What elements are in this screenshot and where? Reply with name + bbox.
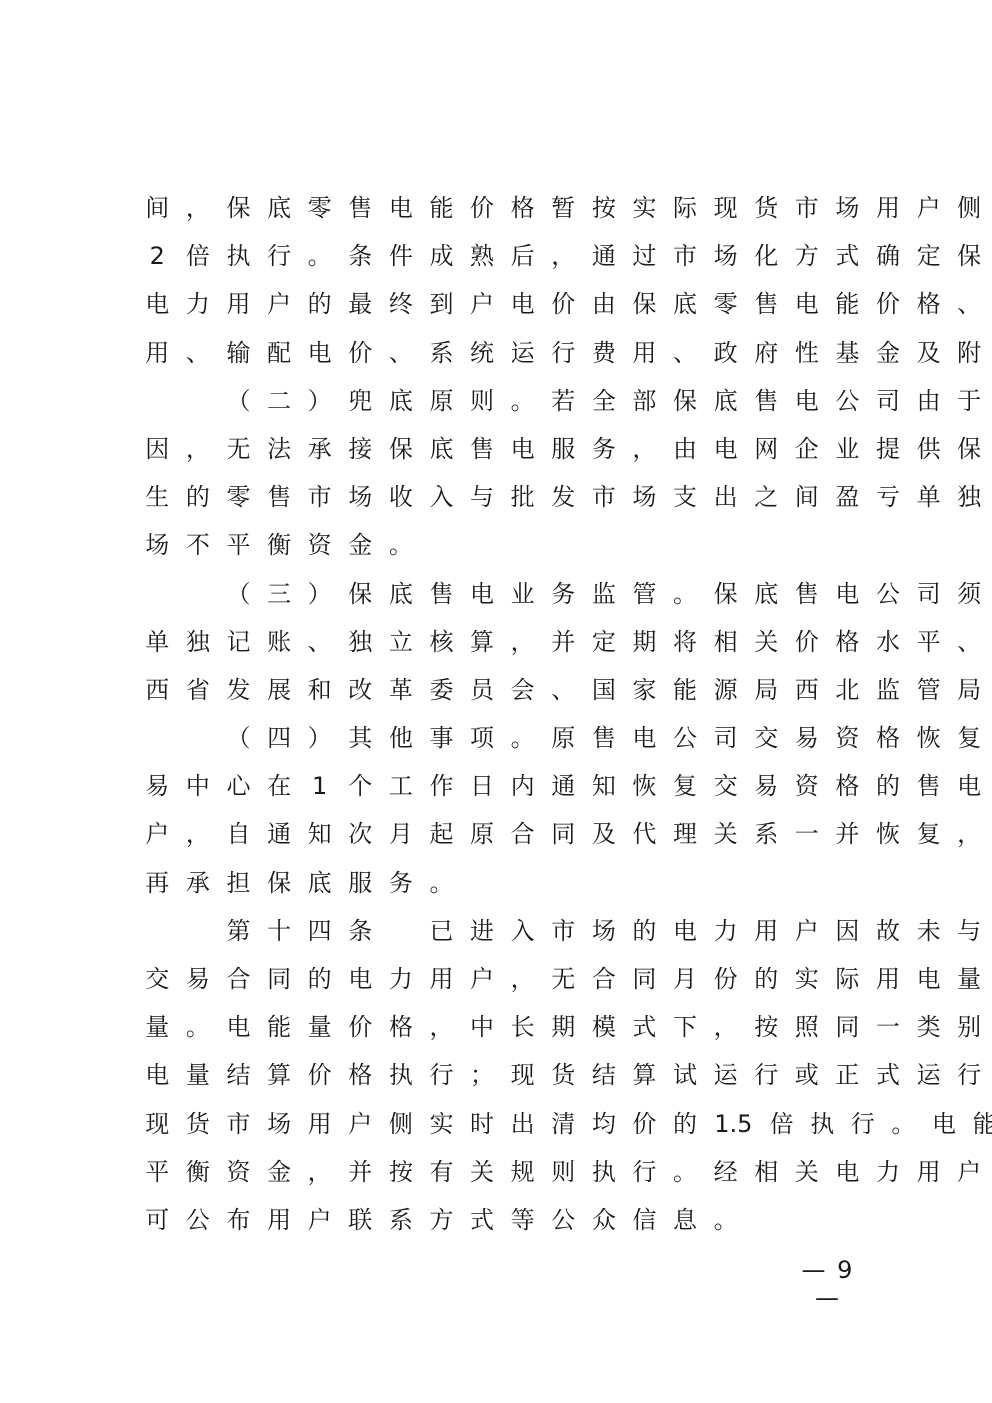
text-line: 因，无法承接保底售电服务，由电网企业提供保底售电服务，产 [137, 425, 871, 473]
text-line: 现货市场用户侧实时出清均价的1.5倍执行。电能量费用纳入不 [137, 1100, 871, 1148]
text-line: 第十四条 已进入市场的电力用户因故未与售电公司达成 [137, 907, 871, 955]
text-line: 量。电能量价格，中长期模式下，按照同一类别用户无合同超用 [137, 1003, 871, 1051]
text-line: 单独记账、独立核算，并定期将相关价格水平、盈亏情况上报陕 [137, 618, 871, 666]
text-line: 生的零售市场收入与批发市场支出之间盈亏单独核算，并纳入市 [137, 473, 871, 521]
text-line: 户，自通知次月起原合同及代理关系一并恢复，保底售电公司不 [137, 810, 871, 858]
body-text: 间，保底零售电能价格暂按实际现货市场用户侧实时出清均价的2倍执行。条件成熟后，通… [137, 184, 871, 1244]
text-line: 电力用户的最终到户电价由保底零售电能价格、上网环节线损费 [137, 280, 871, 328]
text-line: 西省发展和改革委员会、国家能源局西北监管局。 [137, 666, 871, 714]
text-line: 平衡资金，并按有关规则执行。经相关电力用户同意，交易中心 [137, 1148, 871, 1196]
document-page: 间，保底零售电能价格暂按实际现货市场用户侧实时出清均价的2倍执行。条件成熟后，通… [0, 0, 992, 1403]
text-line: （三）保底售电业务监管。保底售电公司须将保底售电业务 [137, 570, 871, 618]
text-line: 电量结算价格执行；现货结算试运行或正式运行期间，按照实际 [137, 1051, 871, 1099]
text-line: 再承担保底服务。 [137, 859, 871, 907]
text-line: 可公布用户联系方式等公众信息。 [137, 1196, 871, 1244]
text-line: 交易合同的电力用户，无合同月份的实际用电量全部视为超用电 [137, 955, 871, 1003]
text-line: 2倍执行。条件成熟后，通过市场化方式确定保底零售电能价格。 [137, 232, 871, 280]
text-line: 间，保底零售电能价格暂按实际现货市场用户侧实时出清均价的 [137, 184, 871, 232]
page-number: — 9 — [788, 1256, 868, 1312]
text-line: 易中心在1个工作日内通知恢复交易资格的售电公司及其代理用 [137, 762, 871, 810]
text-line: （二）兜底原则。若全部保底售电公司由于经营困难等原 [137, 377, 871, 425]
text-line: 用、输配电价、系统运行费用、政府性基金及附加组成。 [137, 329, 871, 377]
text-line: 场不平衡资金。 [137, 521, 871, 569]
text-line: （四）其他事项。原售电公司交易资格恢复后，陕西电力交 [137, 714, 871, 762]
